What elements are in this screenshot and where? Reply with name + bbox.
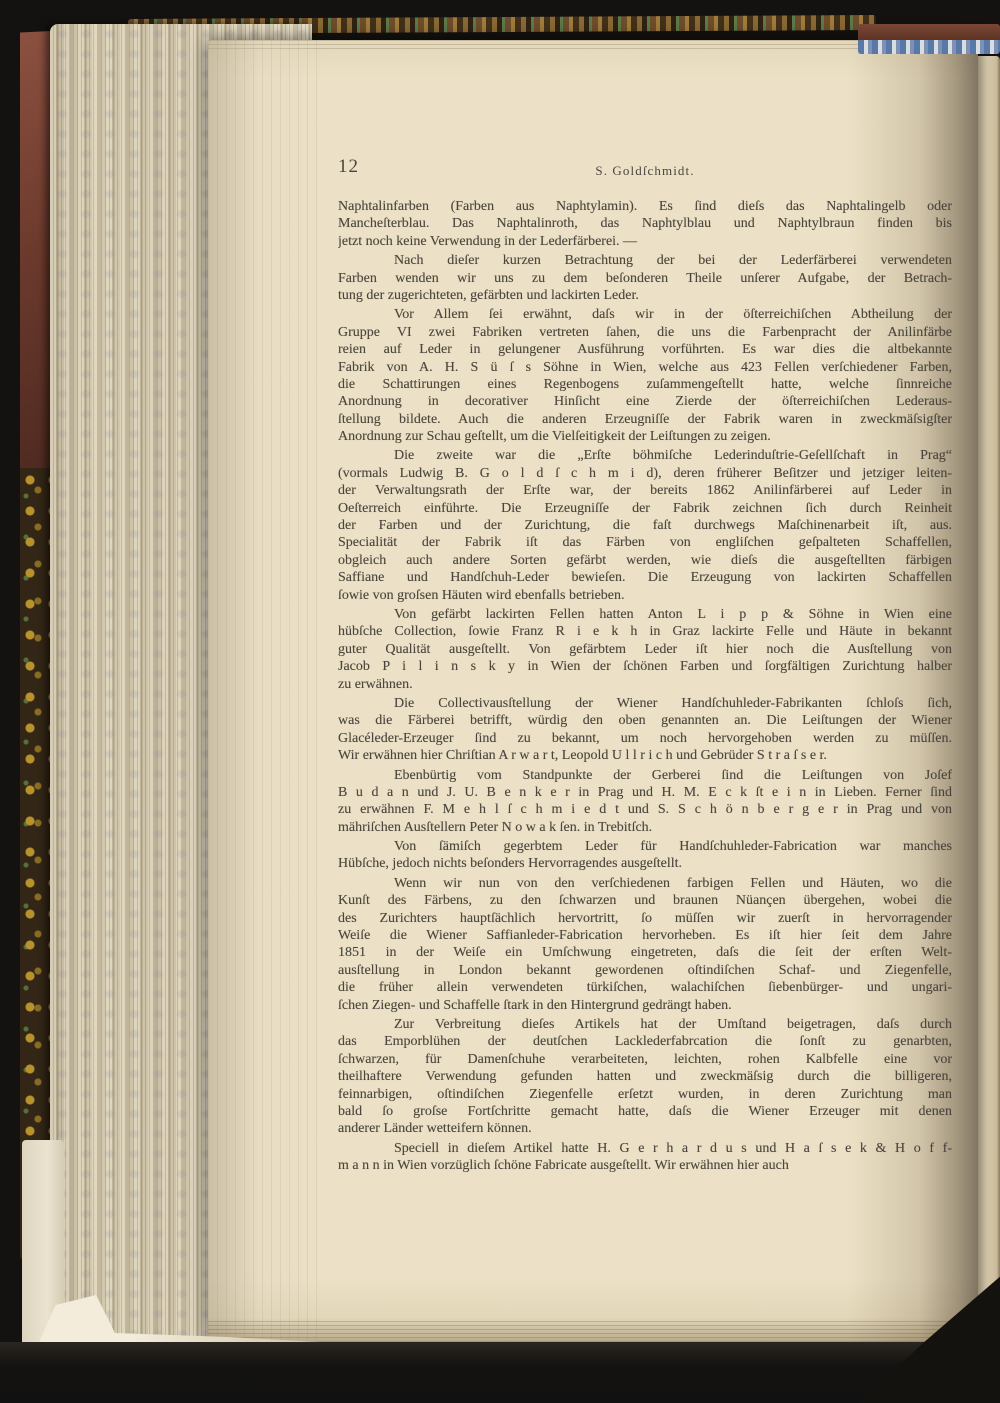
text-line: ſchen Ziegen- und Schaffelle ſtark in de…: [338, 997, 952, 1014]
text-line: die früher allein verwendeten türkiſchen…: [338, 979, 952, 996]
text-line: Farben wenden wir uns zu dem beſonderen …: [338, 270, 952, 287]
text-line: der Verwaltungsrath der Erſte war, der b…: [338, 482, 952, 499]
text-line: Wir erwähnen hier Chriſtian A r w a r t,…: [338, 747, 952, 764]
text-line: reien auf Leder in gelungener Ausführung…: [338, 341, 952, 358]
paragraph: Nach dieſer kurzen Betrachtung der bei d…: [338, 252, 952, 304]
text-line: guter Qualität ausgeſtellt. Von gefärbte…: [338, 641, 952, 658]
text-line: Ebenbürtig vom Standpunkte der Gerberei …: [338, 767, 952, 784]
text-line: Von gefärbt lackirten Fellen hatten Anto…: [338, 606, 952, 623]
text-line: Saffiane und Handſchuh-Leder bewieſen. D…: [338, 569, 952, 586]
running-header: S. Goldſchmidt.: [338, 163, 952, 179]
paragraph: Naphtalinfarben (Farben aus Naphtylamin)…: [338, 198, 952, 250]
headband: [858, 24, 1000, 54]
text-line: feinnarbigen, oſtindiſchen Ziegenfelle e…: [338, 1086, 952, 1103]
text-line: Oeſterreich einführte. Die Erzeugniſſe d…: [338, 500, 952, 517]
text-line: Specialität der Fabrik iſt das Färben vo…: [338, 534, 952, 551]
paragraph: Ebenbürtig vom Standpunkte der Gerberei …: [338, 767, 952, 837]
paragraph: Wenn wir nun von den verſchiedenen farbi…: [338, 875, 952, 1014]
text-line: Die zweite war die „Erſte böhmiſche Lede…: [338, 447, 952, 464]
text-line: Zur Verbreitung dieſes Artikels hat der …: [338, 1016, 952, 1033]
text-line: Glacéleder-Erzeuger ſind zu bekannt, um …: [338, 730, 952, 747]
text-line: Anordnung zur Schau geſtellt, um die Vie…: [338, 428, 952, 445]
paragraph: Die Collectivausſtellung der Wiener Hand…: [338, 695, 952, 765]
paragraph: Die zweite war die „Erſte böhmiſche Lede…: [338, 447, 952, 604]
text-line: was die Färberei betrifft, würdig den ob…: [338, 712, 952, 729]
text-line: Wenn wir nun von den verſchiedenen farbi…: [338, 875, 952, 892]
paragraph: Speciell in dieſem Artikel hatte H. G e …: [338, 1140, 952, 1175]
text-line: B u d a n und J. U. B e n k e r in Prag …: [338, 784, 952, 801]
text-line: Hübſche, jedoch nichts beſonders Hervorr…: [338, 855, 952, 872]
text-line: tung der zugerichteten, gefärbten und la…: [338, 287, 952, 304]
text-line: bald ſo groſse Fortſchritte gemacht hatt…: [338, 1103, 952, 1120]
text-line: Vor Allem ſei erwähnt, daſs wir in der ö…: [338, 306, 952, 323]
text-line: Naphtalinfarben (Farben aus Naphtylamin)…: [338, 198, 952, 215]
text-line: Anordnung in decorativer Hinſicht eine Z…: [338, 393, 952, 410]
book-scan: 12 S. Goldſchmidt. Naphtalinfarben (Farb…: [0, 0, 1000, 1403]
text-line: mähriſchen Ausſtellern Peter N o w a k ſ…: [338, 819, 952, 836]
text-line: die Schattirungen eines Regenbogens zuſa…: [338, 376, 952, 393]
bottom-shadow: [0, 1342, 1000, 1403]
text-line: ausſtellung in London bekannt gewordenen…: [338, 962, 952, 979]
text-line: obgleich auch andere Sorten gefärbt werd…: [338, 552, 952, 569]
text-line: Kunſt des Färbens, zu den ſchwarzen und …: [338, 892, 952, 909]
text-line: Gruppe VI zwei Fabriken vertreten ſahen,…: [338, 324, 952, 341]
text-line: Weiſe die Wiener Saffianleder-Fabricatio…: [338, 927, 952, 944]
text-line: m a n n in Wien vorzüglich ſchöne Fabric…: [338, 1157, 952, 1174]
text-line: Von ſämiſch gegerbtem Leder für Handſchu…: [338, 838, 952, 855]
text-line: (vormals Ludwig B. G o l d ſ c h m i d),…: [338, 465, 952, 482]
text-line: ſtellung bildete. Auch die anderen Erzeu…: [338, 411, 952, 428]
paragraph: Von ſämiſch gegerbtem Leder für Handſchu…: [338, 838, 952, 873]
text-line: Speciell in dieſem Artikel hatte H. G e …: [338, 1140, 952, 1157]
text-line: der Farben und der Zurichtung, die faſt …: [338, 517, 952, 534]
text-line: ſchwarzen, für Damenſchuhe verarbeiteten…: [338, 1051, 952, 1068]
text-line: 1851 in der Weiſe ein Umſchwung eingetre…: [338, 944, 952, 961]
text-block: Naphtalinfarben (Farben aus Naphtylamin)…: [338, 198, 952, 1174]
paragraph: Vor Allem ſei erwähnt, daſs wir in der ö…: [338, 306, 952, 445]
paragraph: Von gefärbt lackirten Fellen hatten Anto…: [338, 606, 952, 693]
text-line: das Emporblühen der deutſchen Lacklederf…: [338, 1033, 952, 1050]
paragraph: Zur Verbreitung dieſes Artikels hat der …: [338, 1016, 952, 1138]
opposite-page-edge: [978, 56, 1000, 1296]
text-line: ſowie von groſsen Häuten wird ebenfalls …: [338, 587, 952, 604]
text-line: Die Collectivausſtellung der Wiener Hand…: [338, 695, 952, 712]
text-line: hübſche Collection, ſowie Franz R i e k …: [338, 623, 952, 640]
text-line: theilhaftere Verwendung gefunden hatten …: [338, 1068, 952, 1085]
text-line: jetzt noch keine Verwendung in der Leder…: [338, 233, 952, 250]
text-line: Mancheſterblau. Das Naphtalinroth, das N…: [338, 215, 952, 232]
text-line: anderer Länder wetteifern können.: [338, 1120, 952, 1137]
page-curve-shading: [208, 40, 323, 1342]
text-line: zu erwähnen.: [338, 676, 952, 693]
book-page: 12 S. Goldſchmidt. Naphtalinfarben (Farb…: [208, 40, 978, 1342]
text-line: Fabrik von A. H. S ü ſ s Söhne in Wien, …: [338, 359, 952, 376]
text-line: des Zurichters hauptſächlich hervortritt…: [338, 910, 952, 927]
text-line: Nach dieſer kurzen Betrachtung der bei d…: [338, 252, 952, 269]
text-line: Jacob P i l i n s k y in Wien der ſchöne…: [338, 658, 952, 675]
text-line: zu erwähnen F. M e h l ſ c h m i e d t u…: [338, 801, 952, 818]
